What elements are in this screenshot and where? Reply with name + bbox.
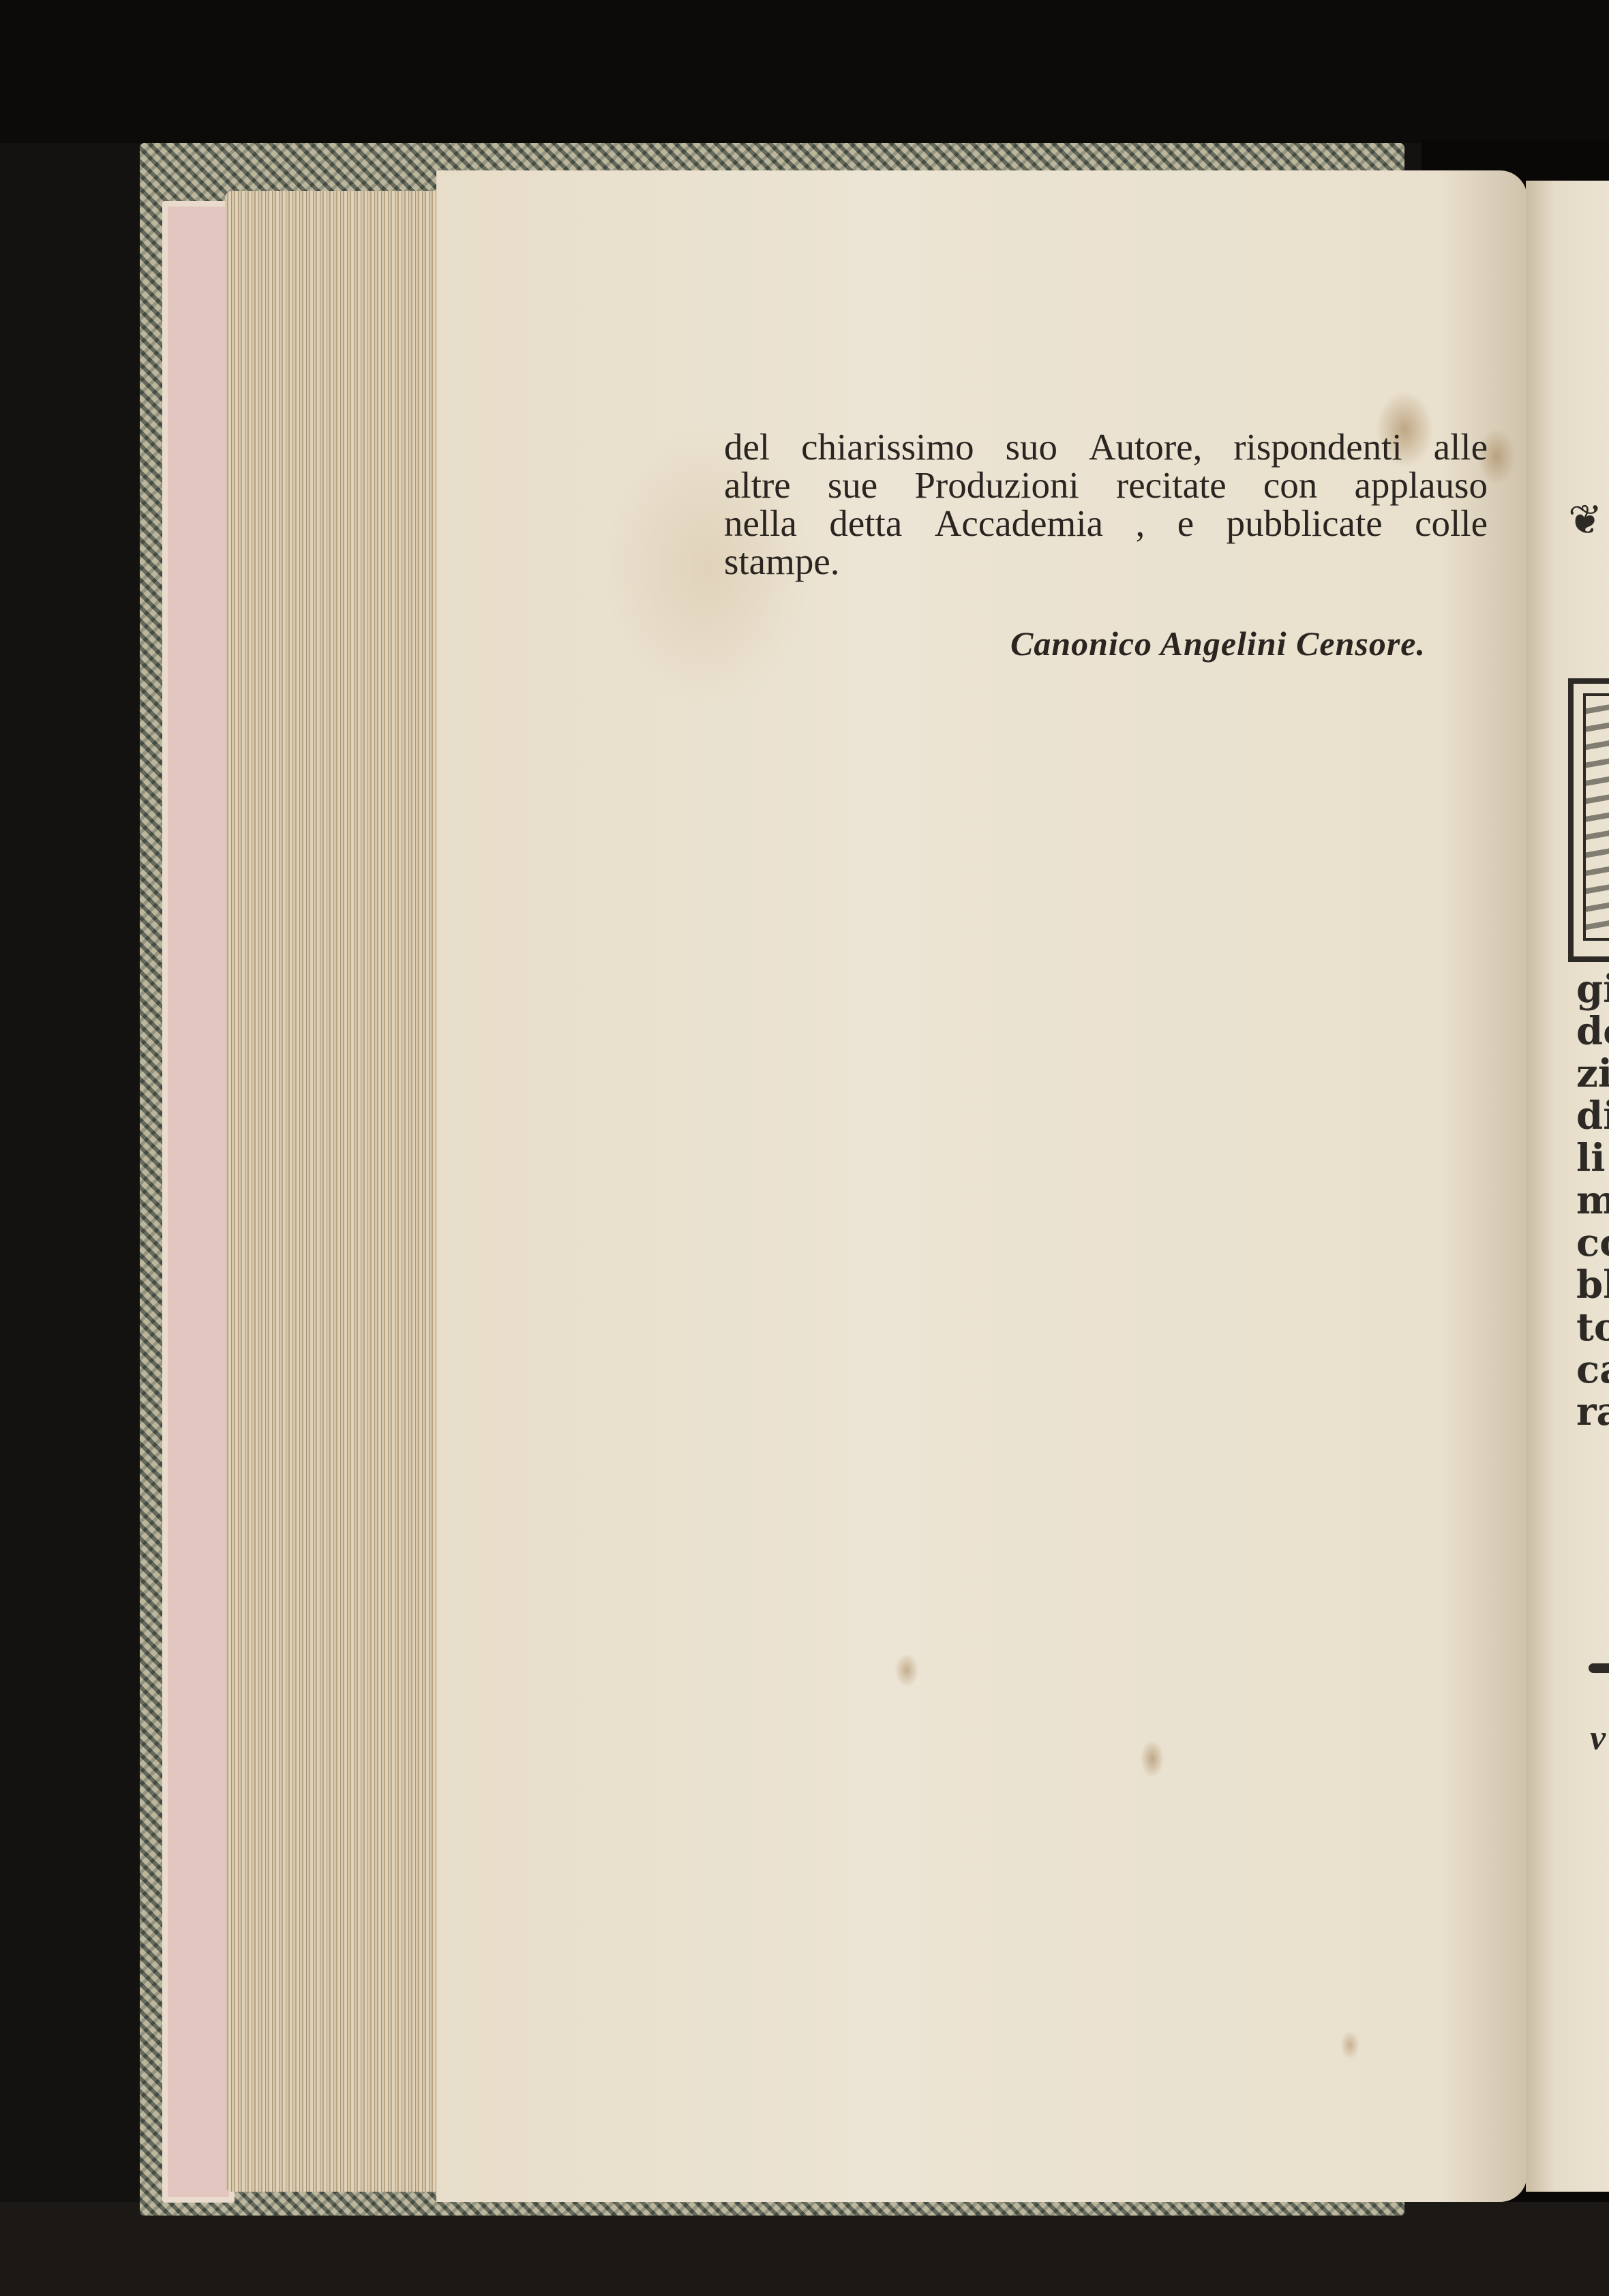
- line-fragment: m: [1576, 1179, 1609, 1222]
- text-line: delchiarissimosuoAutore,rispondentialle: [724, 428, 1488, 466]
- rule-mark: [1589, 1663, 1609, 1673]
- line-fragment: ca: [1576, 1348, 1609, 1391]
- line-fragment: zi: [1576, 1053, 1609, 1095]
- page-edges: [225, 191, 443, 2192]
- text-line: nelladettaAccademia,epubblicatecolle: [724, 504, 1488, 543]
- fleuron-ornament-icon: ❦: [1568, 496, 1602, 544]
- line-fragment: to: [1576, 1306, 1609, 1348]
- italic-fragment: v: [1590, 1718, 1606, 1758]
- censor-signature: Canonico Angelini Censore.: [1010, 624, 1426, 663]
- woodcut-decoration: [1583, 693, 1609, 941]
- line-fragment: di: [1576, 1095, 1609, 1137]
- text-line: altresueProduzionirecitateconapplauso: [724, 466, 1488, 504]
- backdrop: [0, 0, 1609, 143]
- line-fragment: bl: [1576, 1264, 1609, 1306]
- backdrop-bottom: [0, 2202, 1609, 2296]
- text-line: stampe.: [724, 543, 1488, 581]
- line-fragment: co: [1576, 1222, 1609, 1264]
- line-fragment: gi: [1576, 968, 1609, 1010]
- line-fragment: do: [1576, 1010, 1609, 1053]
- left-page-text: delchiarissimosuoAutore,rispondentialle …: [724, 428, 1488, 581]
- woodcut-initial-frame: [1568, 678, 1609, 962]
- line-fragment: li: [1576, 1137, 1609, 1179]
- line-fragment: ra: [1576, 1391, 1609, 1433]
- right-page-line-starts: gi do zi di li m co bl to ca ra: [1576, 968, 1609, 1433]
- pink-endpaper: [162, 201, 235, 2203]
